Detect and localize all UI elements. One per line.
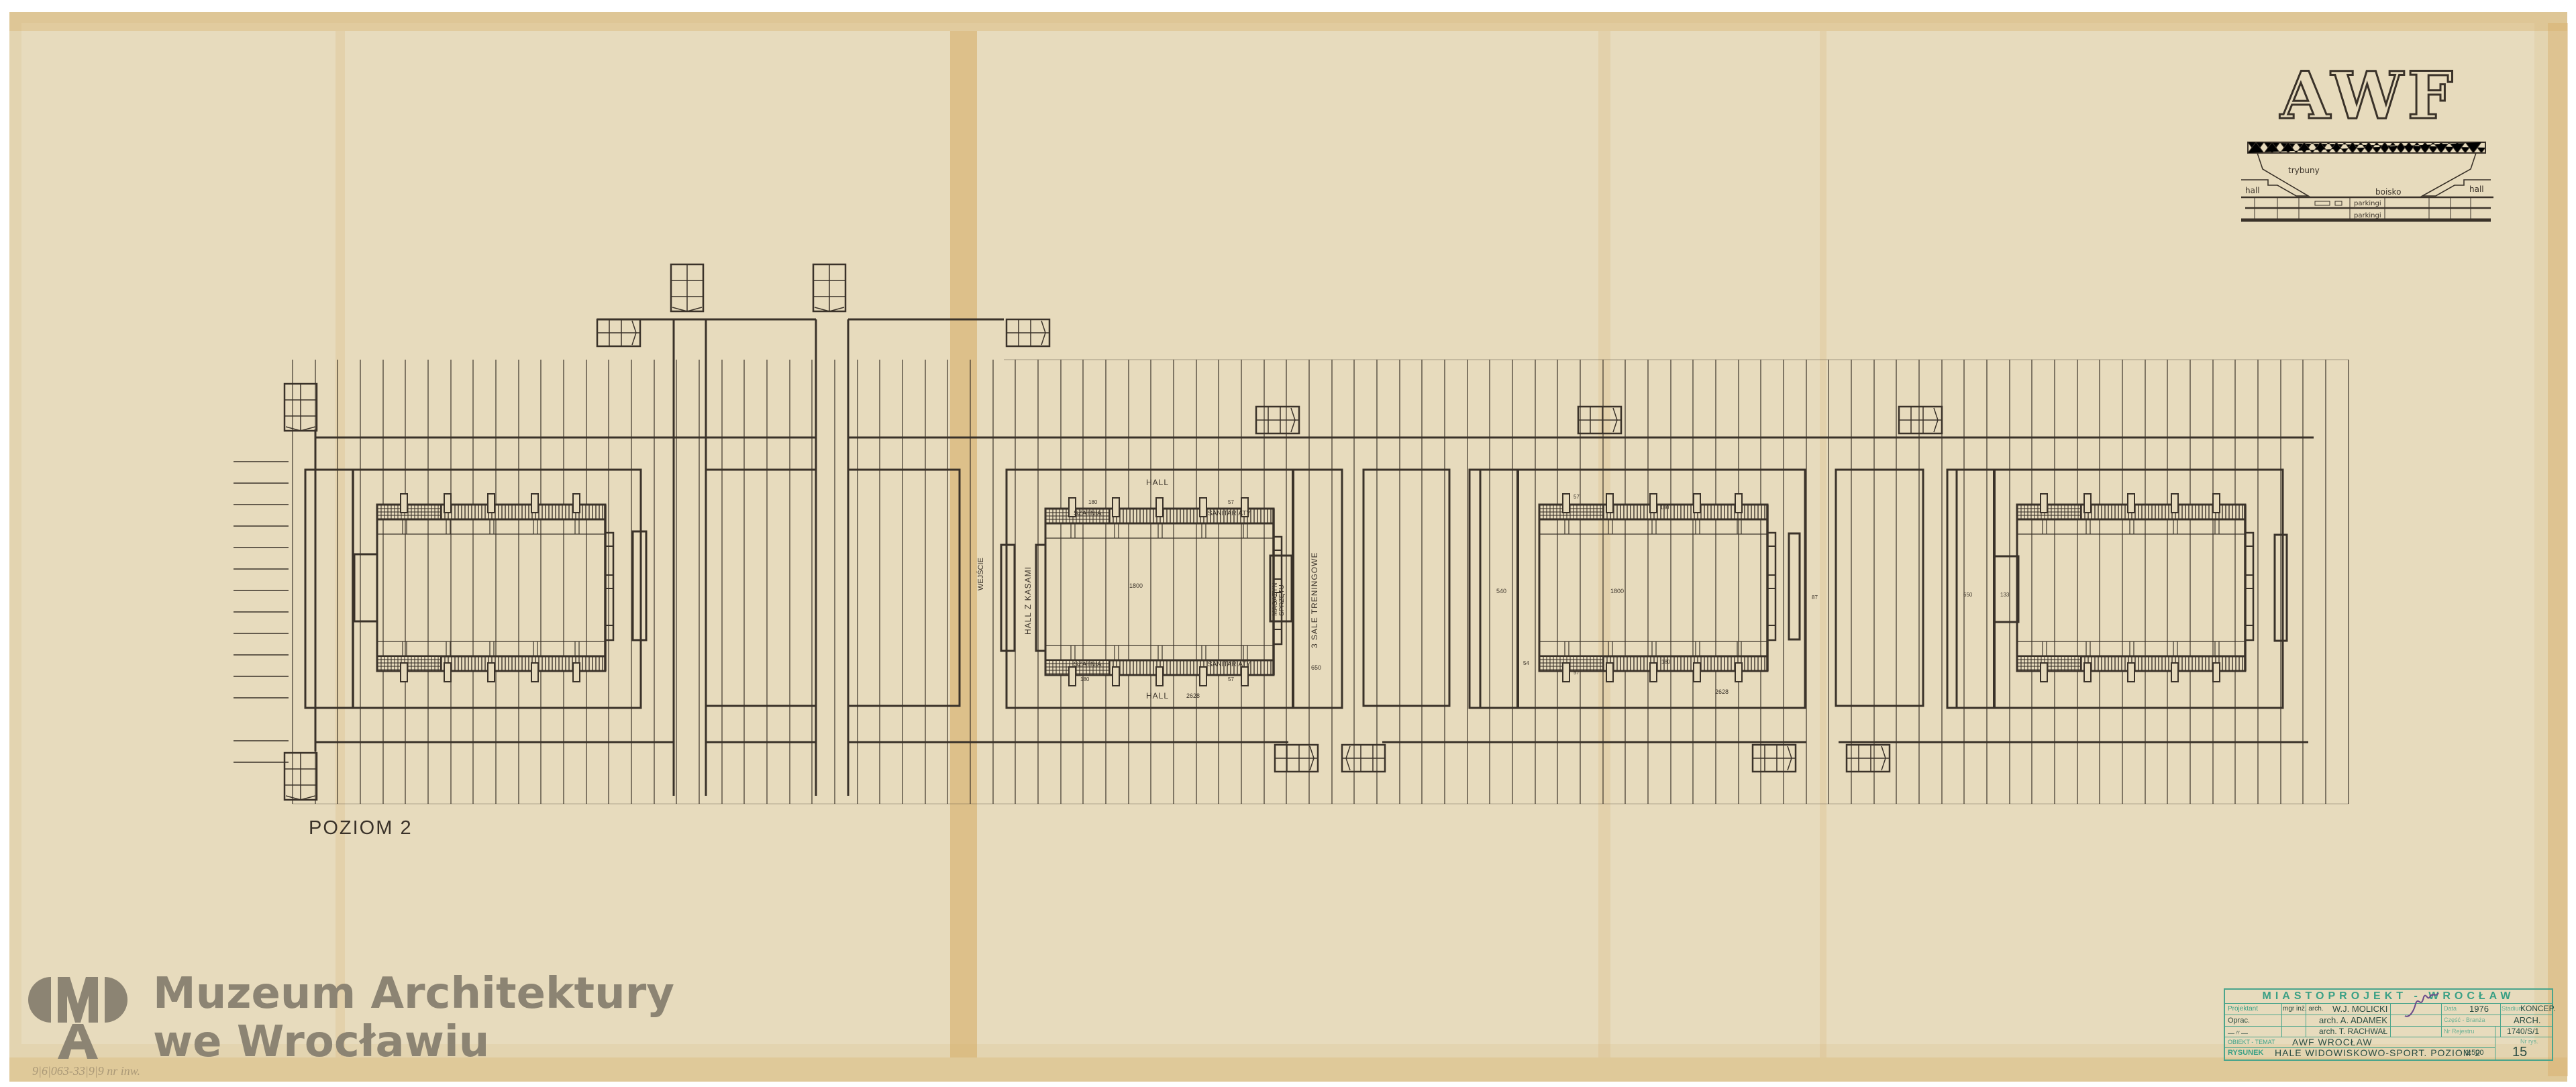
label-cloak-area-top: 180 [1088, 499, 1097, 505]
tb-sheet-no-value: 15 [2512, 1045, 2527, 1060]
label-cloak-area-bottom: 180 [1661, 659, 1670, 665]
tb-scale-value: 1:500 [2465, 1049, 2484, 1057]
structural-grid [293, 360, 2349, 804]
label-sanitary-top: SANITARIATY [1208, 510, 1251, 517]
tb-designer-name: W.J. MOLICKI [2332, 1004, 2387, 1014]
tb-designer-title: mgr inż. arch. [2283, 1005, 2324, 1013]
label-sanit-area-top: 57 [1228, 499, 1234, 505]
awf-logo: AWF [2241, 67, 2496, 127]
floor-plan [0, 0, 2576, 1087]
section-label-stands: trybuny [2288, 166, 2320, 175]
tb-ditto-label: —〃— [2228, 1027, 2248, 1037]
section-label-hall-right: hall [2469, 185, 2484, 194]
label-lobby-area: 540 [1496, 588, 1506, 594]
tb-stage-value: KONCEP. [2520, 1004, 2555, 1013]
museum-logo-icon [24, 972, 132, 1059]
tb-date-label: Data [2444, 1005, 2457, 1012]
section-label-parking-1: parkingi [2354, 200, 2381, 207]
label-hall-top: HALL [1146, 478, 1169, 487]
label-sanit-area-top: 57 [1574, 494, 1580, 500]
label-sanit-area-bottom: 57 [1574, 670, 1580, 676]
label-storage: MAGAZYN SPRZĘTU [1272, 573, 1286, 616]
title-block: MIASTOPROJEKT - WROCŁAW Projektant mgr i… [2224, 988, 2553, 1061]
label-arena-area: 1800 [1129, 582, 1143, 589]
label-cloakroom-top: SZATNIA [1074, 510, 1101, 517]
stair-tower [671, 264, 703, 311]
signature [2401, 989, 2441, 1020]
tb-ditto-name: arch. T. RACHWAŁ [2319, 1027, 2387, 1036]
tb-prepared-label: Oprac. [2228, 1017, 2250, 1025]
tb-object-label: OBIEKT - TEMAT [2228, 1039, 2275, 1045]
stair-tower [813, 264, 845, 311]
tb-firm: MIASTOPROJEKT - WROCŁAW [2225, 990, 2552, 1002]
label-hall-bottom: HALL [1146, 691, 1169, 701]
label-lobby-area: 650 [1963, 592, 1972, 598]
label-total-area: 2628 [1715, 688, 1729, 695]
museum-name-line2: we Wrocławiu [153, 1017, 489, 1067]
tb-sheet-no-label: Nr rys. [2520, 1038, 2538, 1045]
label-sanit-area-bottom: 57 [1228, 676, 1234, 682]
section-label-field: boisko [2375, 187, 2401, 197]
tb-branch-value: ARCH. [2514, 1015, 2540, 1025]
tb-register-label: Nr Rejestru [2444, 1028, 2475, 1035]
label-total-area: 2628 [1186, 692, 1200, 699]
tb-prepared-name: arch. A. ADAMEK [2319, 1015, 2387, 1025]
label-store-area: 133 [2000, 592, 2009, 598]
label-cloakroom-bottom: SZATNIA [1074, 661, 1101, 668]
museum-name-line1: Muzeum Architektury [153, 969, 674, 1019]
tb-drawing-label: RYSUNEK [2228, 1049, 2263, 1057]
tb-object-value: AWF WROCŁAW [2292, 1037, 2373, 1047]
label-entrance: WEJŚCIE [977, 558, 985, 590]
section-label-parking-2: parkingi [2354, 212, 2381, 219]
inventory-note: 9|6|063-33|9|9 nr inw. [32, 1064, 140, 1078]
section-label-hall-left: hall [2245, 186, 2260, 195]
museum-watermark: Muzeum Architektury we Wrocławiu [24, 972, 668, 1059]
label-training-area: 650 [1311, 664, 1321, 671]
label-training-rooms: 3 SALE TRENINGOWE [1310, 552, 1319, 648]
tb-part-label: Część - Branża [2444, 1017, 2485, 1023]
label-sanitary-bottom: SANITARIATY [1208, 661, 1251, 668]
label-ticket-hall: HALL Z KASAMI [1023, 566, 1033, 635]
label-small-area: 54 [1523, 660, 1529, 666]
label-cloak-area-bottom: 180 [1080, 676, 1089, 682]
tb-register-value: 1740/S/1 [2507, 1027, 2539, 1036]
tb-designer-label: Projektant [2228, 1005, 2258, 1013]
tb-drawing-value: HALE WIDOWISKOWO-SPORT. POZIOM 2 [2275, 1047, 2481, 1058]
section-diagram: trybuny hall hall boisko parkingi parkin… [2241, 141, 2496, 235]
label-side-area: 87 [1812, 594, 1818, 601]
label-cloak-area-top: 180 [1660, 505, 1669, 511]
awf-logo-text: AWF [2279, 67, 2457, 127]
label-arena-area: 1800 [1610, 588, 1624, 594]
level-label: POZIOM 2 [309, 817, 413, 839]
tb-date-value: 1976 [2469, 1004, 2489, 1014]
